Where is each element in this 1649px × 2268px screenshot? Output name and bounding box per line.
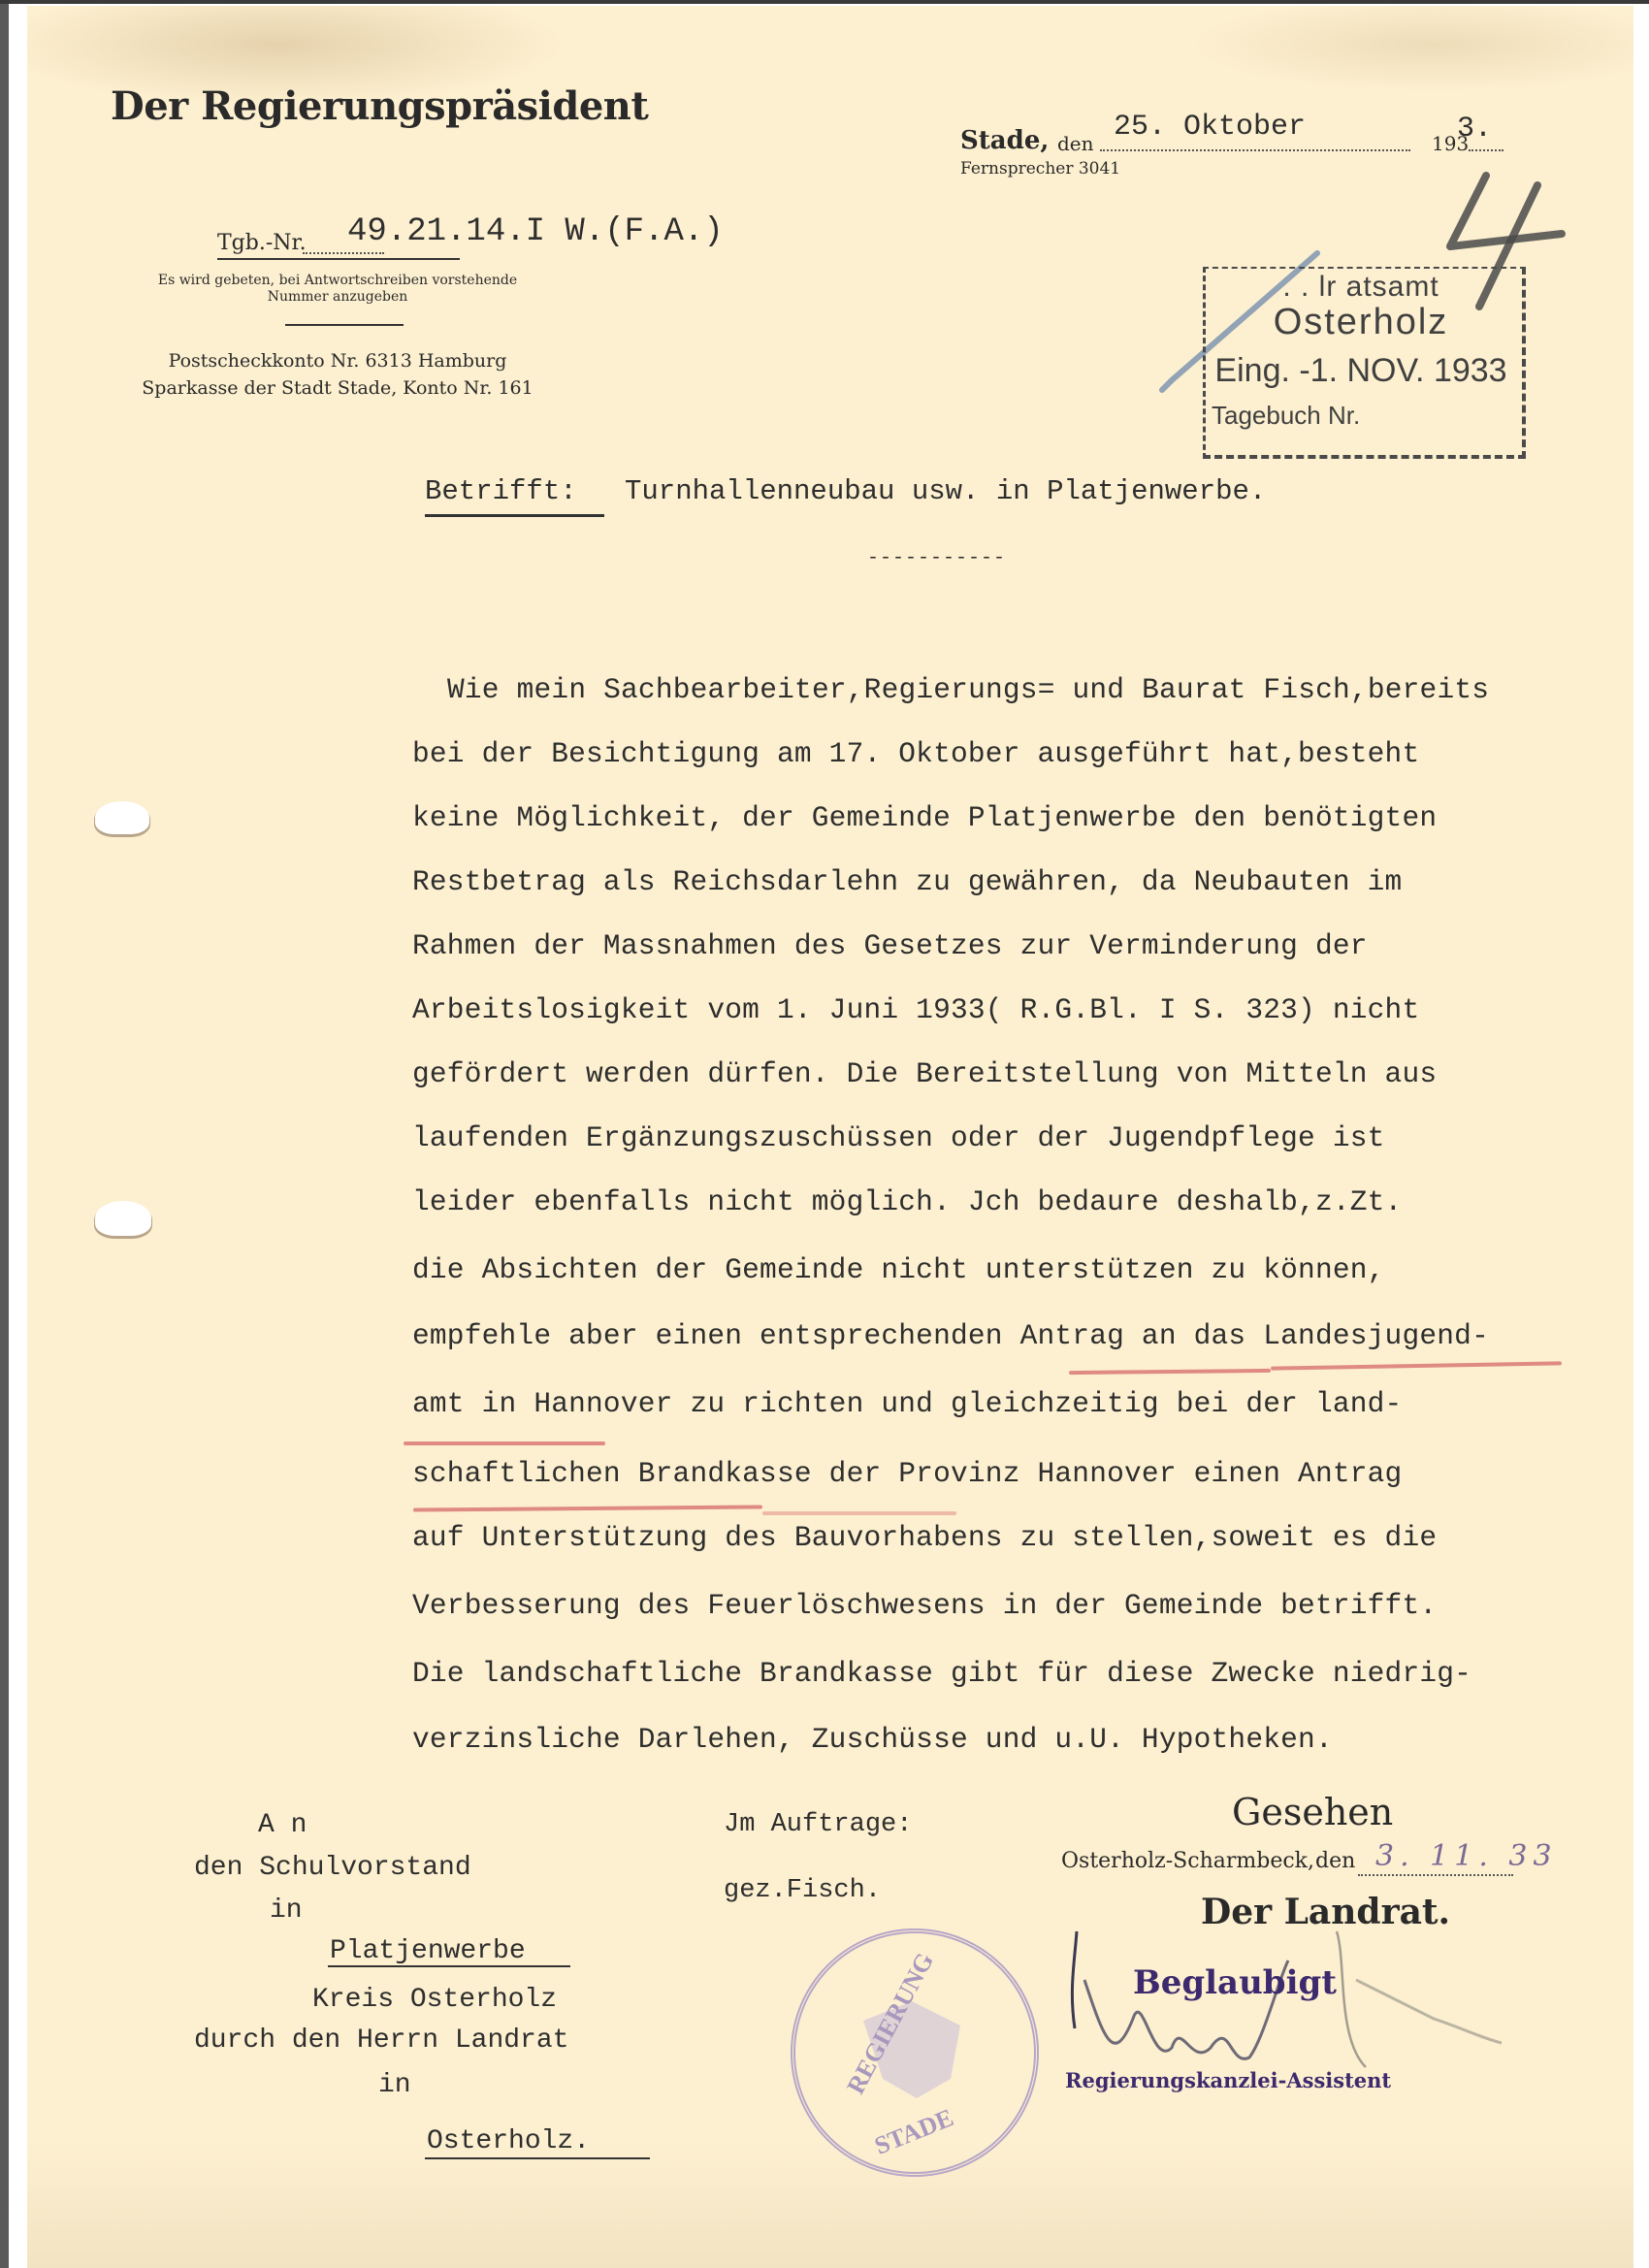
tgb-number: 49.21.14.I W.(F.A.) xyxy=(347,213,724,250)
letter-page: Der Regierungspräsident Tgb.-Nr. 49.21.1… xyxy=(27,6,1633,2268)
subject-label: Betrifft: xyxy=(425,475,577,507)
certification-stamp: Beglaubigt xyxy=(1133,1963,1337,2002)
body-line: leider ebenfalls nicht möglich. Jch beda… xyxy=(412,1185,1402,1218)
recipient-town: Platjenwerbe xyxy=(330,1936,526,1966)
recipient-line: in xyxy=(270,1895,303,1926)
bank-details: Postscheckkonto Nr. 6313 Hamburg Sparkas… xyxy=(124,347,551,402)
reference-note-line2: Nummer anzugeben xyxy=(153,289,522,306)
recipient-line: durch den Herrn Landrat xyxy=(194,2025,568,2056)
subject-label-underline xyxy=(425,514,604,517)
tgb-rule xyxy=(217,258,460,260)
recipient-line: Kreis Osterholz xyxy=(312,1985,557,2015)
received-stamp-diary: Tagebuch Nr. xyxy=(1212,401,1522,431)
red-underline-brandkasse xyxy=(413,1505,762,1511)
body-line: amt in Hannover zu richten und gleichzei… xyxy=(412,1387,1402,1420)
recipient-town-underline xyxy=(328,1965,570,1967)
year-dots xyxy=(1469,149,1503,151)
seen-stamp-den: den xyxy=(1315,1849,1355,1873)
punch-hole-upper xyxy=(95,801,149,834)
seen-stamp-place: Osterholz-Scharmbeck, xyxy=(1061,1849,1314,1873)
red-underline-amt-hannover xyxy=(404,1442,605,1445)
recipient-line: in xyxy=(378,2070,411,2100)
body-line: Arbeitslosigkeit vom 1. Juni 1933( R.G.B… xyxy=(412,993,1419,1026)
date-dots xyxy=(1100,149,1410,151)
red-underline-landesjugend xyxy=(1271,1361,1562,1370)
recipient-an: A n xyxy=(258,1810,307,1840)
scan-edge-top xyxy=(0,0,1649,4)
phone-number: Fernsprecher 3041 xyxy=(960,159,1120,178)
seen-stamp-title: Gesehen xyxy=(1232,1791,1393,1833)
seen-date-handwritten: 3. 11. 33 xyxy=(1375,1839,1558,1873)
received-stamp-office: . . lr atsamt xyxy=(1206,271,1516,304)
body-line: verzinsliche Darlehen, Zuschüsse und u.U… xyxy=(412,1723,1333,1756)
body-line: bei der Besichtigung am 17. Oktober ausg… xyxy=(412,737,1419,770)
official-seal: REGIERUNG STADE xyxy=(791,1928,1039,2177)
body-line: schaftlichen Brandkasse der Provinz Hann… xyxy=(412,1457,1402,1490)
certification-title: Regierungskanzlei-Assistent xyxy=(1065,2068,1391,2092)
body-line: auf Unterstützung des Bauvorhabens zu st… xyxy=(412,1521,1437,1554)
red-underline-provinz xyxy=(762,1511,956,1515)
scan-edge-left xyxy=(0,0,9,2268)
subject-text: Turnhallenneubau usw. in Platjenwerbe. xyxy=(625,475,1266,507)
body-line: keine Möglichkeit, der Gemeinde Platjenw… xyxy=(412,801,1437,834)
received-stamp-town: Osterholz xyxy=(1206,302,1516,343)
date-typed: 25. Oktober xyxy=(1114,111,1306,144)
bank-line1: Postscheckkonto Nr. 6313 Hamburg xyxy=(124,347,551,374)
body-line: Verbesserung des Feuerlöschwesens in der… xyxy=(412,1589,1437,1622)
year-suffix: 3. xyxy=(1457,113,1492,146)
reference-note-line1: Es wird gebeten, bei Antwortschreiben vo… xyxy=(153,273,522,289)
tgb-label: Tgb.-Nr. xyxy=(217,231,307,255)
body-line: laufenden Ergänzungszuschüssen oder der … xyxy=(412,1121,1385,1154)
body-line: Wie mein Sachbearbeiter,Regierungs= und … xyxy=(447,673,1489,706)
body-line: Die landschaftliche Brandkasse gibt für … xyxy=(412,1657,1471,1690)
im-auftrage: Jm Auftrage: xyxy=(724,1810,912,1839)
dateline-den: den xyxy=(1057,132,1094,155)
subject-separator: ----------- xyxy=(867,547,1006,569)
recipient-final-town: Osterholz. xyxy=(427,2126,590,2156)
body-line: empfehle aber einen entsprechenden Antra… xyxy=(412,1319,1489,1352)
body-line: Restbetrag als Reichsdarlehn zu gewähren… xyxy=(412,865,1402,898)
received-stamp: . . lr atsamt Osterholz Eing. -1. NOV. 1… xyxy=(1203,267,1526,459)
note-rule xyxy=(285,324,404,326)
tgb-dots xyxy=(303,252,384,254)
bank-line2: Sparkasse der Stadt Stade, Konto Nr. 161 xyxy=(124,374,551,402)
punch-hole-lower xyxy=(95,1201,151,1236)
signed-by: gez.Fisch. xyxy=(724,1876,881,1905)
dateline-place: Stade, xyxy=(960,126,1049,155)
red-underline-antrag xyxy=(1069,1369,1271,1375)
body-line: die Absichten der Gemeinde nicht unterst… xyxy=(412,1253,1385,1286)
reference-note: Es wird gebeten, bei Antwortschreiben vo… xyxy=(153,273,522,306)
body-line: Rahmen der Massnahmen des Gesetzes zur V… xyxy=(412,929,1368,962)
recipient-final-underline xyxy=(425,2157,650,2159)
body-line: gefördert werden dürfen. Die Bereitstell… xyxy=(412,1057,1437,1090)
authority-letterhead: Der Regierungspräsident xyxy=(111,83,648,129)
recipient-line: den Schulvorstand xyxy=(194,1853,471,1883)
received-stamp-date: Eing. -1. NOV. 1933 xyxy=(1206,352,1516,390)
seen-date-dots xyxy=(1358,1874,1513,1876)
